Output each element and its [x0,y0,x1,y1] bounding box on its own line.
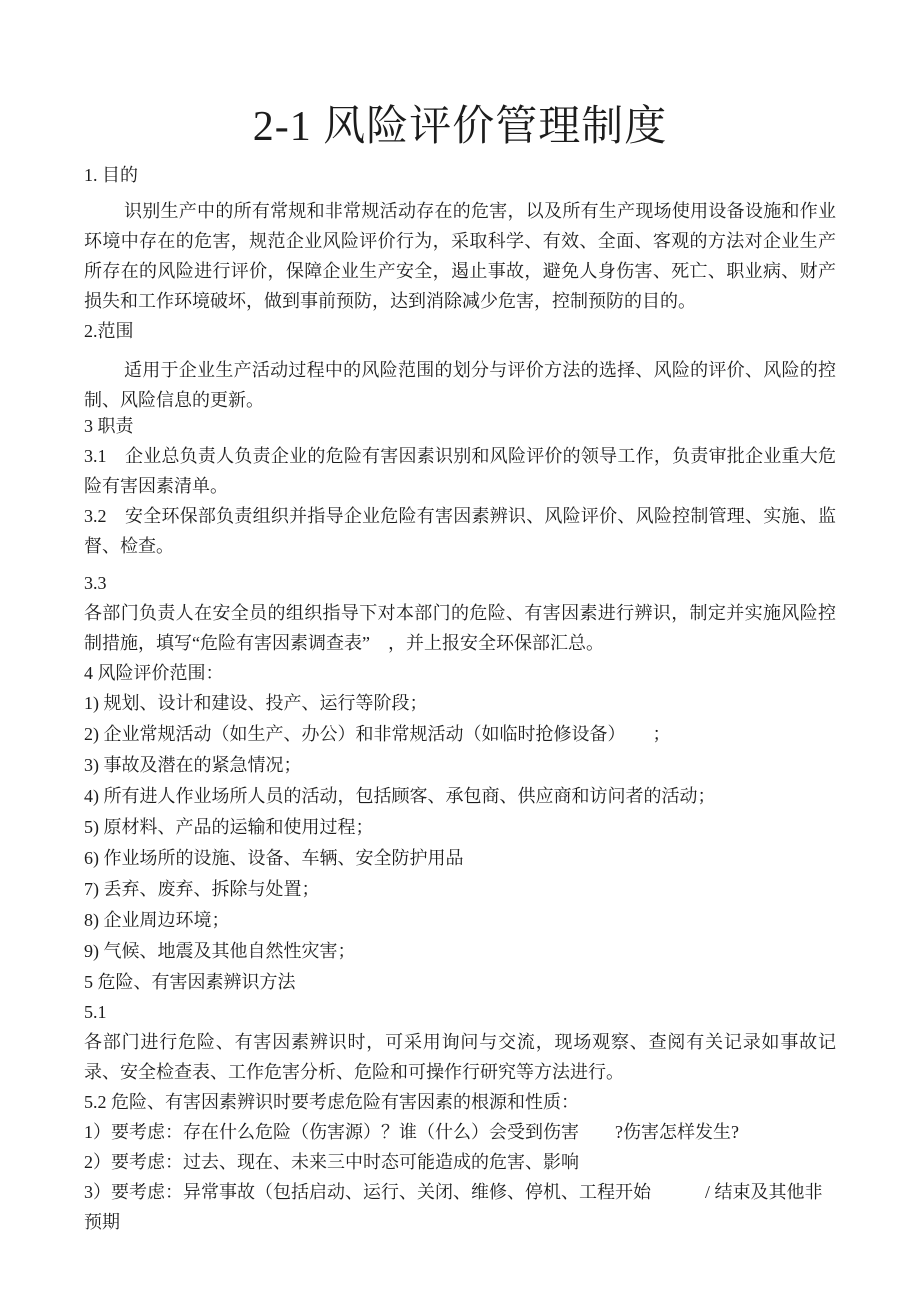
scope-list-item-6: 6) 作业场所的设施、设备、车辆、安全防护用品 [84,843,836,874]
scope-list-item-5: 5) 原材料、产品的运输和使用过程； [84,812,836,843]
section-5-2-heading: 5.2 危险、有害因素辨识时要考虑危险有害因素的根源和性质： [84,1087,836,1117]
section-3-heading: 3 职责 [84,411,836,441]
document-page: 2-1 风险评价管理制度 1. 目的 识别生产中的所有常规和非常规活动存在的危害… [0,0,920,1303]
consider-list-item-1: 1）要考虑：存在什么危险（伤害源）？谁（什么）会受到伤害 ?伤害怎样发生? [84,1117,836,1147]
section-3-3-heading: 3.3 [84,568,836,598]
section-2-body: 适用于企业生产活动过程中的风险范围的划分与评价方法的选择、风险的评价、风险的控制… [84,355,836,415]
scope-list-item-9: 9) 气候、地震及其他自然性灾害； [84,936,836,967]
document-title: 2-1 风险评价管理制度 [84,98,836,156]
section-5-heading: 5 危险、有害因素辨识方法 [84,967,836,997]
section-3-3-paragraph: 各部门负责人在安全员的组织指导下对本部门的危险、有害因素进行辨识，制定并实施风险… [84,598,836,658]
scope-list-item-7: 7) 丢弃、废弃、拆除与处置； [84,874,836,905]
scope-list-item-1: 1) 规划、设计和建设、投产、运行等阶段； [84,688,836,719]
scope-list-item-2: 2) 企业常规活动（如生产、办公）和非常规活动（如临时抢修设备） ； [84,719,836,750]
section-2-heading: 2.范围 [84,316,836,346]
section-1-heading: 1. 目的 [84,160,836,190]
scope-list-item-4: 4) 所有进人作业场所人员的活动，包括顾客、承包商、供应商和访问者的活动； [84,781,836,812]
scope-list-item-3: 3) 事故及潜在的紧急情况； [84,750,836,781]
section-4-heading: 4 风险评价范围： [84,658,836,688]
section-5-1-paragraph: 各部门进行危险、有害因素辨识时，可采用询问与交流，现场观察、查阅有关记录如事故记… [84,1027,836,1087]
consider-list-item-2: 2）要考虑：过去、现在、未来三中时态可能造成的危害、影响 [84,1147,836,1177]
section-1-body: 识别生产中的所有常规和非常规活动存在的危害，以及所有生产现场使用设备设施和作业环… [84,196,836,316]
consider-list-item-3: 3）要考虑：异常事故（包括启动、运行、关闭、维修、停机、工程开始 / 结束及其他… [84,1177,836,1237]
section-3-2-paragraph: 3.2 安全环保部负责组织并指导企业危险有害因素辨识、风险评价、风险控制管理、实… [84,501,836,561]
section-3-1-paragraph: 3.1 企业总负责人负责企业的危险有害因素识别和风险评价的领导工作，负责审批企业… [84,441,836,501]
scope-list-item-8: 8) 企业周边环境； [84,905,836,936]
section-5-1-heading: 5.1 [84,997,836,1027]
